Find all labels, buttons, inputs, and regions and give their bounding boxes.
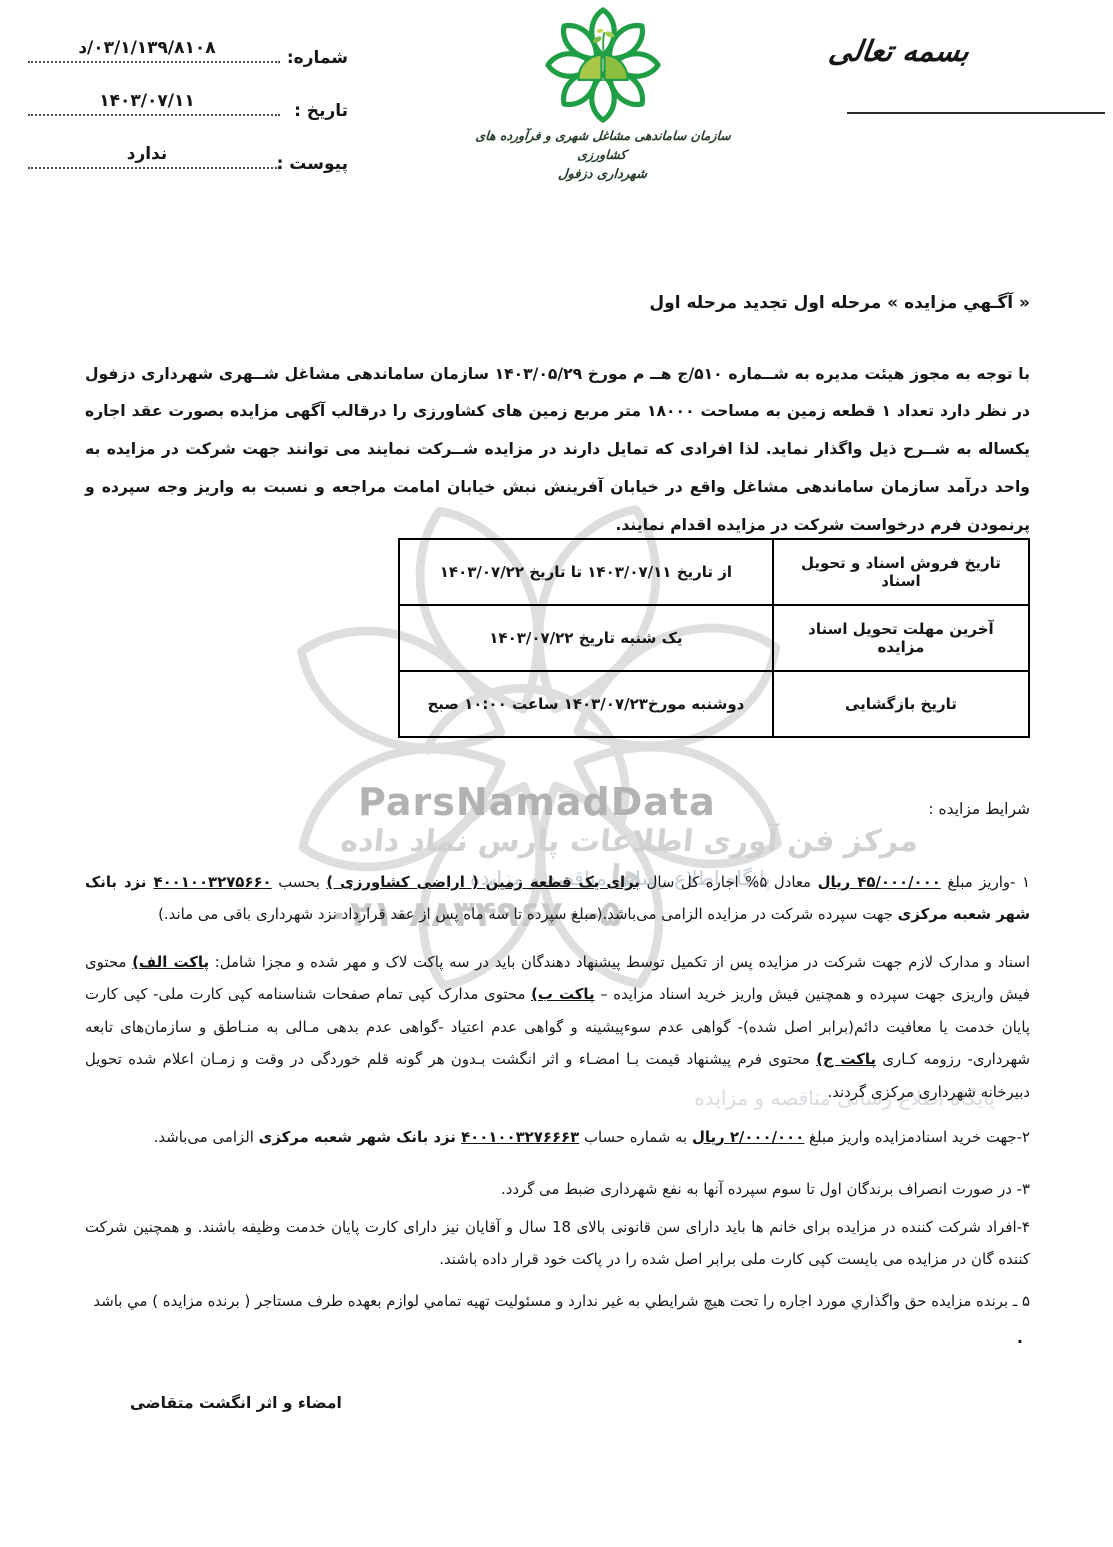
schedule-label: تاریخ فروش اسناد و تحویل اسناد	[773, 539, 1029, 605]
condition-1-text: معادل ۵% اجاره کل سال	[640, 873, 818, 891]
table-row: تاریخ بازگشایی دوشنبه مورخ۱۴۰۳/۰۷/۲۳ ساع…	[399, 671, 1029, 737]
organization-logo	[528, 4, 678, 126]
condition-1-text: بحسب	[272, 873, 327, 891]
letter-number-row: د/۰۳/۱/۱۳۹/۸۱۰۸ شماره:	[28, 20, 350, 73]
condition-1-text: جهت سپرده شرکت در مزایده الزامی می‌باشد.…	[158, 905, 898, 923]
signature-line: امضاء و اثر انگشت متقاضی	[130, 1394, 342, 1412]
municipality-name: شهرداری دزفول	[449, 165, 755, 185]
condition-2-text: به شماره حساب	[579, 1128, 692, 1146]
letter-number-value: د/۰۳/۱/۱۳۹/۸۱۰۸	[36, 38, 258, 58]
organization-header: سازمان ساماندهی مشاغل شهری و فرآورده های…	[450, 4, 755, 185]
header-rule	[847, 112, 1105, 114]
dotted-line	[28, 167, 280, 169]
schedule-label: آخرین مهلت تحویل اسناد مزایده	[773, 605, 1029, 671]
document-fee-amount: ۲/۰۰۰/۰۰۰ ریال	[692, 1128, 804, 1146]
condition-5: ۵ ـ برنده مزایده حق واگذاري مورد اجاره ر…	[85, 1285, 1030, 1317]
condition-1: ۱ -واریز مبلغ ۴۵/۰۰۰/۰۰۰ ریال معادل ۵% ا…	[85, 866, 1030, 931]
letter-date-row: ۱۴۰۳/۰۷/۱۱ تاریخ :	[28, 73, 350, 126]
table-row: آخرین مهلت تحویل اسناد مزایده یک شنبه تا…	[399, 605, 1029, 671]
auction-title: « آگـهي مزايده » مرحله اول تجدید مرحله ا…	[649, 293, 1030, 313]
dotted-line	[28, 61, 280, 63]
deposit-account-number: ۴۰۰۱۰۰۳۲۷۵۶۶۰	[154, 873, 272, 891]
intro-paragraph: با توجه به مجوز هیئت مدیره به شــماره ۵۱…	[85, 356, 1030, 545]
documents-paragraph: اسناد و مدارک لازم جهت شرکت در مزایده پس…	[85, 946, 1030, 1108]
condition-1-text: ۱ -واریز مبلغ	[941, 873, 1030, 891]
envelope-c-label: پاکت ج)	[816, 1050, 876, 1068]
auction-subject: برای یک قطعه زمین ( اراضی کشاورزی )	[326, 873, 640, 891]
letter-meta: د/۰۳/۱/۱۳۹/۸۱۰۸ شماره: ۱۴۰۳/۰۷/۱۱ تاریخ …	[28, 20, 350, 179]
condition-4: ۴-افراد شرکت کننده در مزایده برای خانم ه…	[85, 1211, 1030, 1276]
documents-text: اسناد و مدارک لازم جهت شرکت در مزایده پس…	[209, 953, 1030, 971]
condition-3: ۳- در صورت انصراف برندگان اول تا سوم سپر…	[85, 1173, 1030, 1205]
table-row: تاریخ فروش اسناد و تحویل اسناد از تاریخ …	[399, 539, 1029, 605]
bismillah-calligraphy: بسمه تعالی	[799, 34, 1000, 68]
letter-attachment-label: پیوست :	[277, 154, 348, 174]
parsnamaddata-watermark: ParsNamadData	[358, 780, 716, 824]
condition-2-text: ۲-جهت خرید اسنادمزایده واریز مبلغ	[804, 1128, 1030, 1146]
condition-2-text: الزامی می‌باشد.	[154, 1128, 259, 1146]
envelope-a-label: پاکت الف)	[132, 953, 209, 971]
letter-attachment-row: ندارد پیوست :	[28, 126, 350, 179]
trailing-dot: .	[1017, 1328, 1023, 1347]
dotted-line	[28, 114, 280, 116]
letter-number-label: شماره:	[287, 48, 348, 68]
envelope-b-label: پاکت ب)	[531, 985, 594, 1003]
letter-attachment-value: ندارد	[36, 144, 258, 164]
purchase-account-number: ۴۰۰۱۰۰۳۲۷۶۶۶۳	[461, 1128, 579, 1146]
letter-date-value: ۱۴۰۳/۰۷/۱۱	[36, 91, 258, 111]
schedule-value: یک شنبه تاریخ ۱۴۰۳/۰۷/۲۲	[399, 605, 773, 671]
schedule-value: دوشنبه مورخ۱۴۰۳/۰۷/۲۳ ساعت ۱۰:۰۰ صبح	[399, 671, 773, 737]
letter-date-label: تاریخ :	[294, 101, 348, 121]
schedule-table: تاریخ فروش اسناد و تحویل اسناد از تاریخ …	[398, 538, 1030, 738]
schedule-label: تاریخ بازگشایی	[773, 671, 1029, 737]
conditions-heading: شرایط مزایده :	[928, 800, 1030, 818]
condition-2: ۲-جهت خرید اسنادمزایده واریز مبلغ ۲/۰۰۰/…	[85, 1121, 1030, 1153]
schedule-value: از تاریخ ۱۴۰۳/۰۷/۱۱ تا تاریخ ۱۴۰۳/۰۷/۲۲	[399, 539, 773, 605]
organization-name: سازمان ساماندهی مشاغل شهری و فرآورده های…	[449, 126, 757, 165]
bank-name: نزد بانک شهر شعبه مرکزی	[259, 1128, 461, 1146]
scanned-letter-page: 010101 0001 1 10 1 0 ParsNamadData مرکز …	[0, 0, 1113, 1547]
deposit-amount: ۴۵/۰۰۰/۰۰۰ ریال	[818, 873, 941, 891]
